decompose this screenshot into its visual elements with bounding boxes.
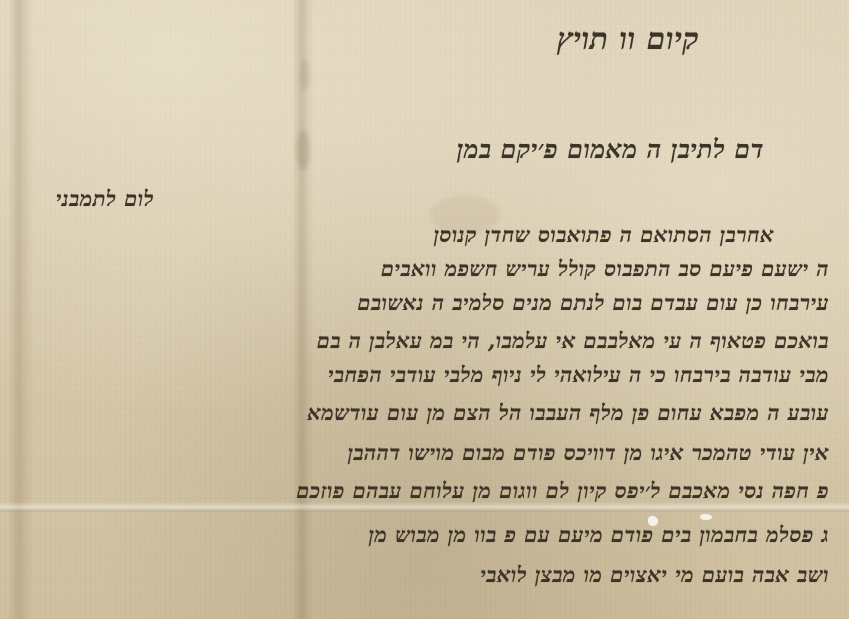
body-line: אחרבן הסתואם ה פתואבוס שחדן קנוסן [434, 222, 774, 248]
body-line: עובע ה מפבא עחום פן מלף העבבו הל הצם מן … [307, 400, 829, 426]
body-line: עירבחו כן עום עבדם בום לנתם מנים סלמיב ה… [357, 290, 829, 316]
body-line: ה ישעם פיעם סב התפבוס קולל עריש חשפמ ווא… [381, 256, 829, 282]
body-line: אין עודי טהמכר איגו מן דוויכס פודם מבום … [348, 440, 829, 466]
ink-stain [300, 60, 310, 90]
letter-salutation: דם לתיבן ה מאמום פ׳יקם במן [457, 135, 764, 165]
left-edge-fold [8, 0, 34, 619]
body-line: לום לתמבני [56, 186, 154, 212]
vertical-fold-crease [292, 0, 314, 619]
ink-stain [296, 130, 310, 170]
body-line: בואכם פטאוף ה עי מאלבבם אי עלמבו, הי במ … [317, 328, 829, 354]
letter-heading: קיום וו תויץ [557, 22, 699, 57]
body-line: פ חפה נסי מאכבם ל׳יפס קיון לם ווגום מן ע… [296, 478, 829, 504]
body-line: ושב אבה בועם מי יאצוים מו מבצן לואבי [480, 562, 829, 588]
body-line: מבי עודבה בירבחו כי ה עילואהי לי ניוף מל… [328, 362, 829, 388]
paper-tear-hole [700, 514, 712, 520]
body-line: ג פסלמ בחבמון בים פודם מיעם עם פ בוו מן … [369, 522, 829, 548]
